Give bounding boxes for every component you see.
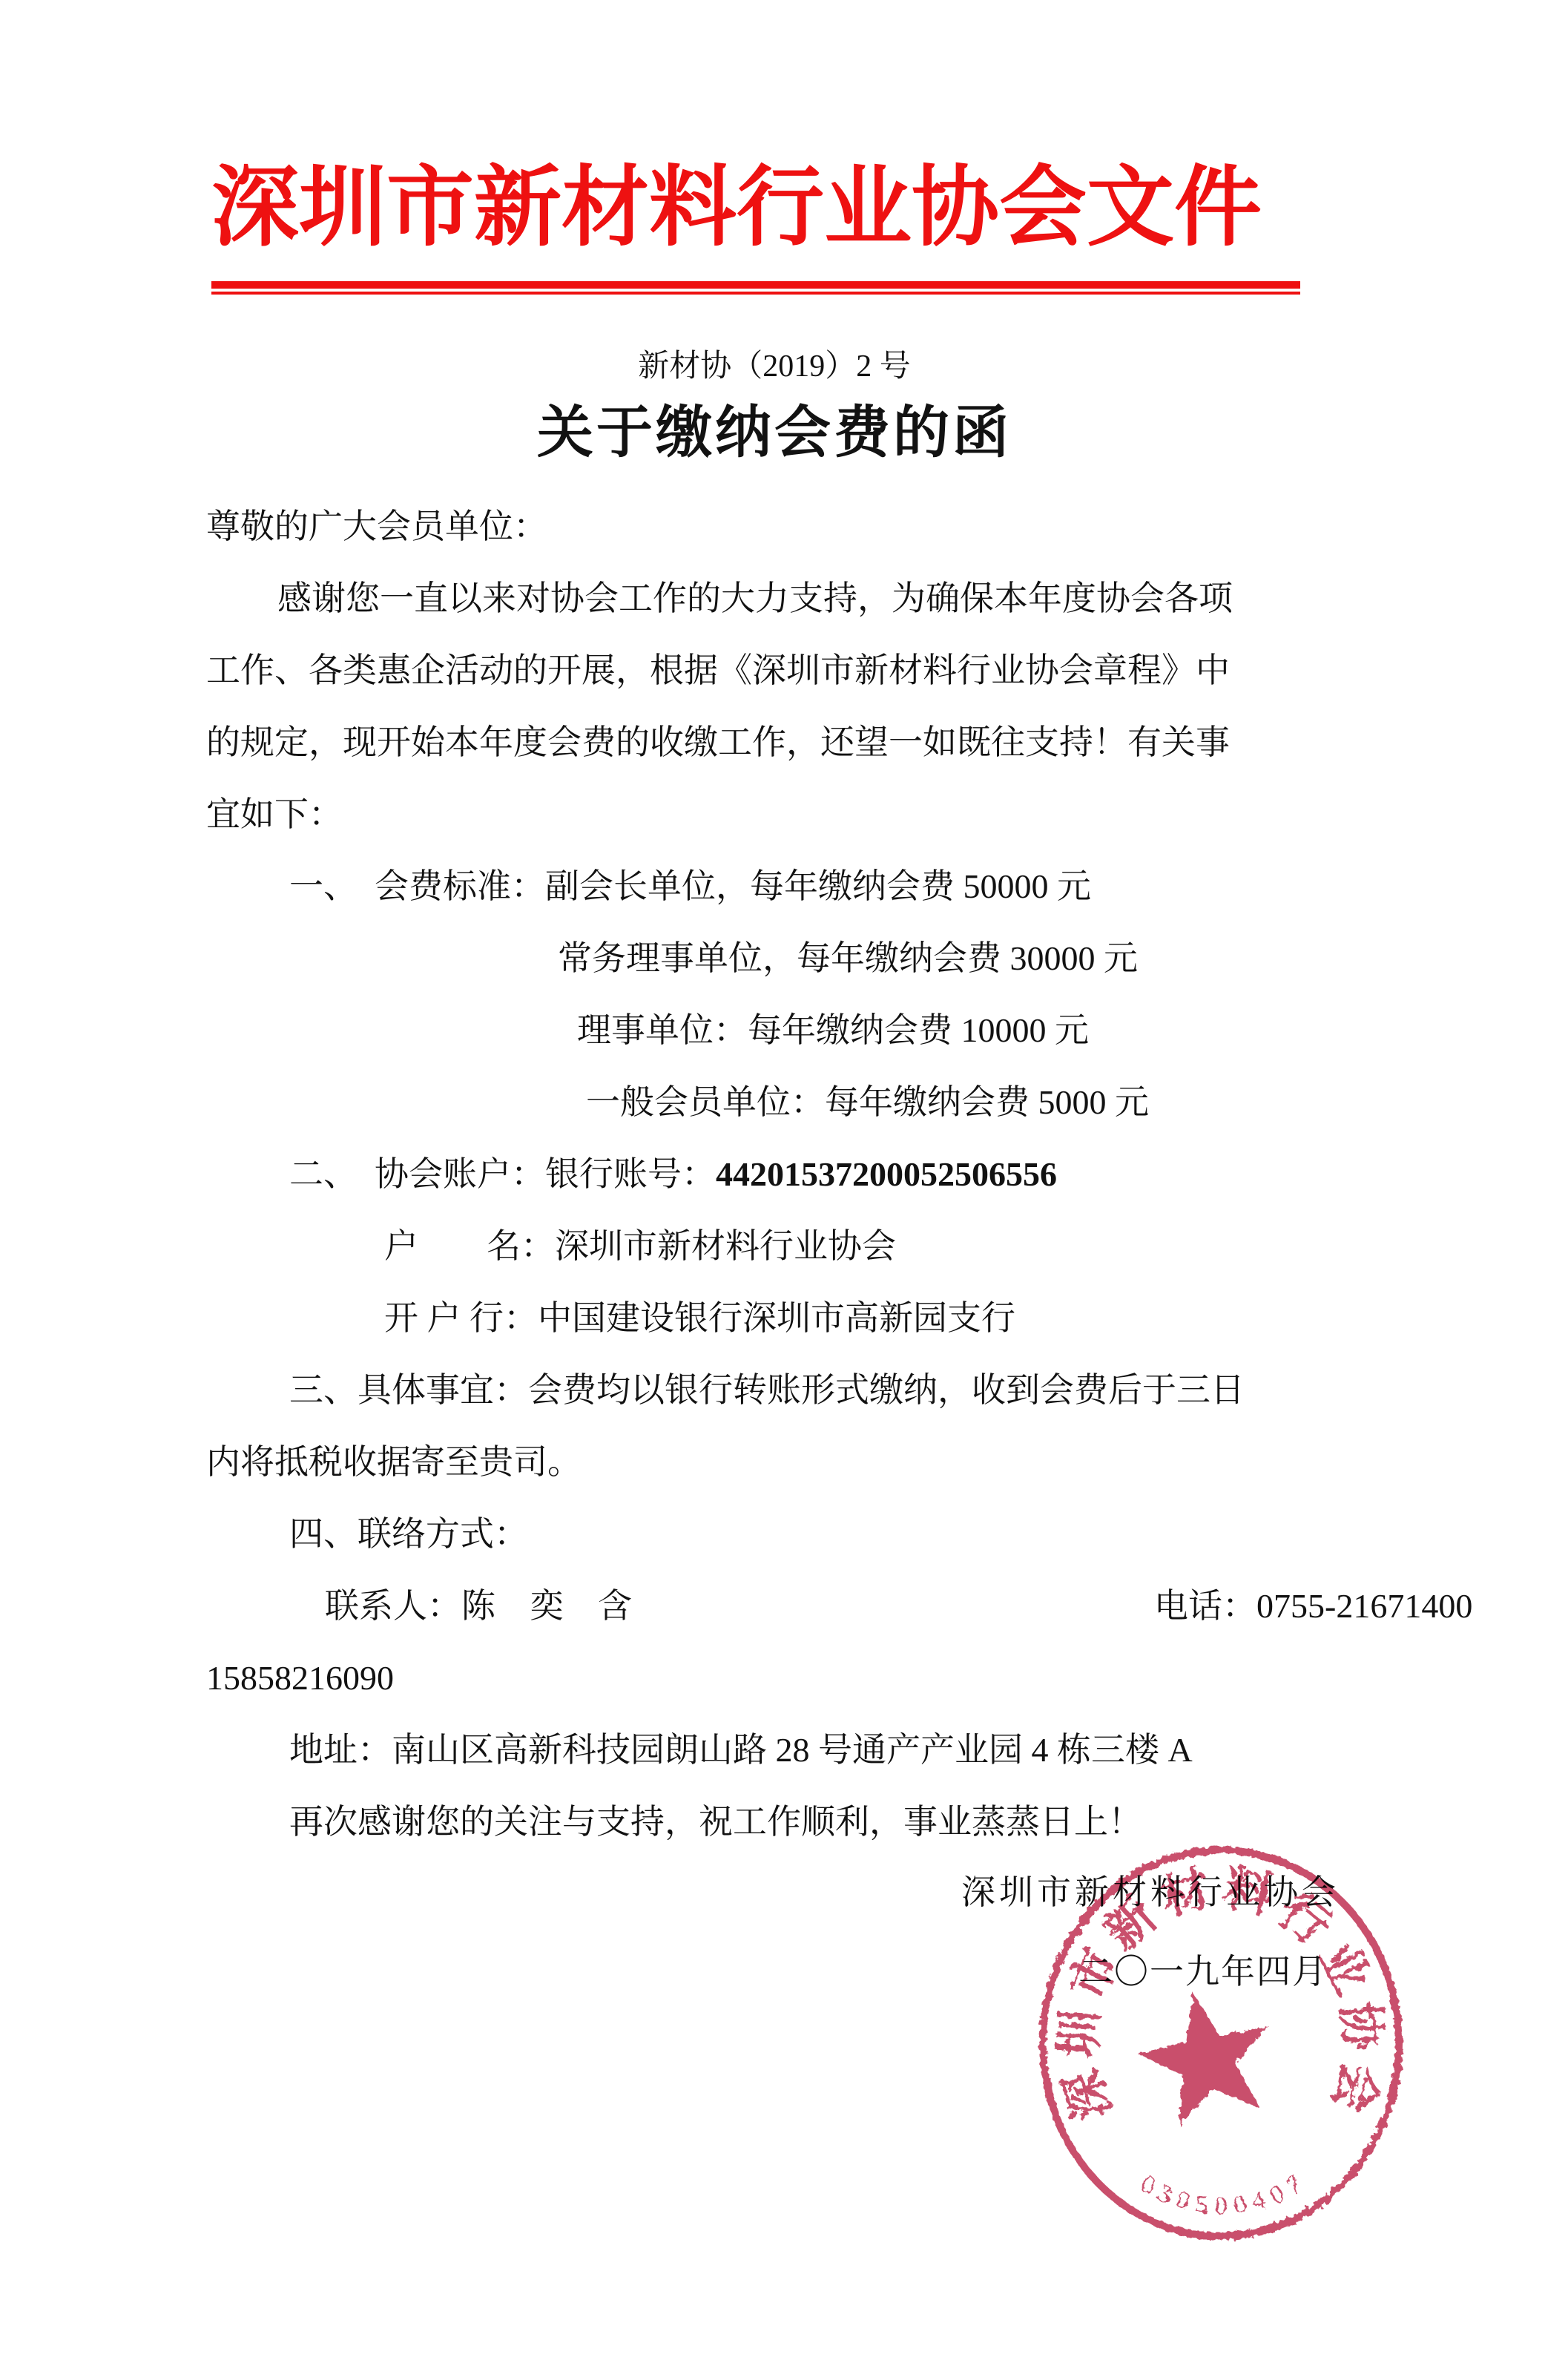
- letter-title: 关于缴纳会费的函: [206, 405, 1343, 461]
- contact-address: 地址：南山区高新科技园朗山路 28 号通产产业园 4 栋三楼 A: [289, 1732, 1193, 1769]
- paragraph-line: 的规定，现开始本年度会费的收缴工作，还望一如既往支持！有关事: [206, 724, 1230, 762]
- account-line: 二、 协会账户：银行账号：44201537200052506556: [289, 1156, 1057, 1194]
- star-icon: [1127, 1978, 1285, 2131]
- fee-item-director: 理事单位：每年缴纳会费 10000 元: [577, 1012, 1089, 1050]
- account-prefix: 二、 协会账户：银行账号：: [289, 1155, 716, 1193]
- letterhead-rule-thin: [211, 292, 1300, 295]
- paragraph-line: 感谢您一直以来对协会工作的大力支持，为确保本年度协会各项: [277, 580, 1233, 618]
- letter-page: 深圳市新材料行业协会文件 新材协（2019）2 号 关于缴纳会费的函 尊敬的广大…: [0, 0, 1568, 2366]
- letterhead-org-title: 深圳市新材料行业协会文件: [211, 165, 1291, 252]
- letterhead-rule-thick: [211, 281, 1300, 289]
- salutation: 尊敬的广大会员单位：: [206, 508, 547, 546]
- doc-number: 新材协（2019）2 号: [206, 351, 1343, 382]
- payment-detail-line: 三、具体事宜：会费均以银行转账形式缴纳，收到会费后于三日: [289, 1372, 1245, 1410]
- bank-account-number: 44201537200052506556: [716, 1155, 1057, 1193]
- bank-branch-label: 开 户 行：: [384, 1299, 538, 1337]
- closing-line: 再次感谢您的关注与支持，祝工作顺利，事业蒸蒸日上！: [289, 1804, 1142, 1841]
- fee-item-vice-president: 一、 会费标准：副会长单位，每年缴纳会费 50000 元: [289, 868, 1091, 906]
- account-holder-label: 户 名：: [384, 1227, 555, 1265]
- contact-section-heading: 四、联络方式：: [289, 1516, 528, 1554]
- contact-phone: 电话：0755-21671400: [1154, 1588, 1472, 1626]
- fee-item-standing-director: 常务理事单位，每年缴纳会费 30000 元: [558, 940, 1138, 978]
- paragraph-line: 宜如下：: [206, 796, 343, 834]
- account-holder-line: 户 名：深圳市新材料行业协会: [384, 1228, 896, 1266]
- bank-branch-value: 中国建设银行深圳市高新园支行: [538, 1299, 1015, 1337]
- contact-mobile: 15858216090: [206, 1660, 394, 1698]
- contact-name: 联系人：陈 奕 含: [325, 1588, 632, 1626]
- payment-detail-line: 内将抵税收据寄至贵司。: [206, 1444, 582, 1482]
- fee-item-general-member: 一般会员单位：每年缴纳会费 5000 元: [586, 1084, 1149, 1122]
- bank-branch-line: 开 户 行：中国建设银行深圳市高新园支行: [384, 1300, 1015, 1338]
- official-seal-stamp: 深圳市新材料行业协会 4403050040775: [1035, 1845, 1406, 2242]
- paragraph-line: 工作、各类惠企活动的开展，根据《深圳市新材料行业协会章程》中: [206, 652, 1230, 690]
- account-holder-value: 深圳市新材料行业协会: [555, 1227, 896, 1265]
